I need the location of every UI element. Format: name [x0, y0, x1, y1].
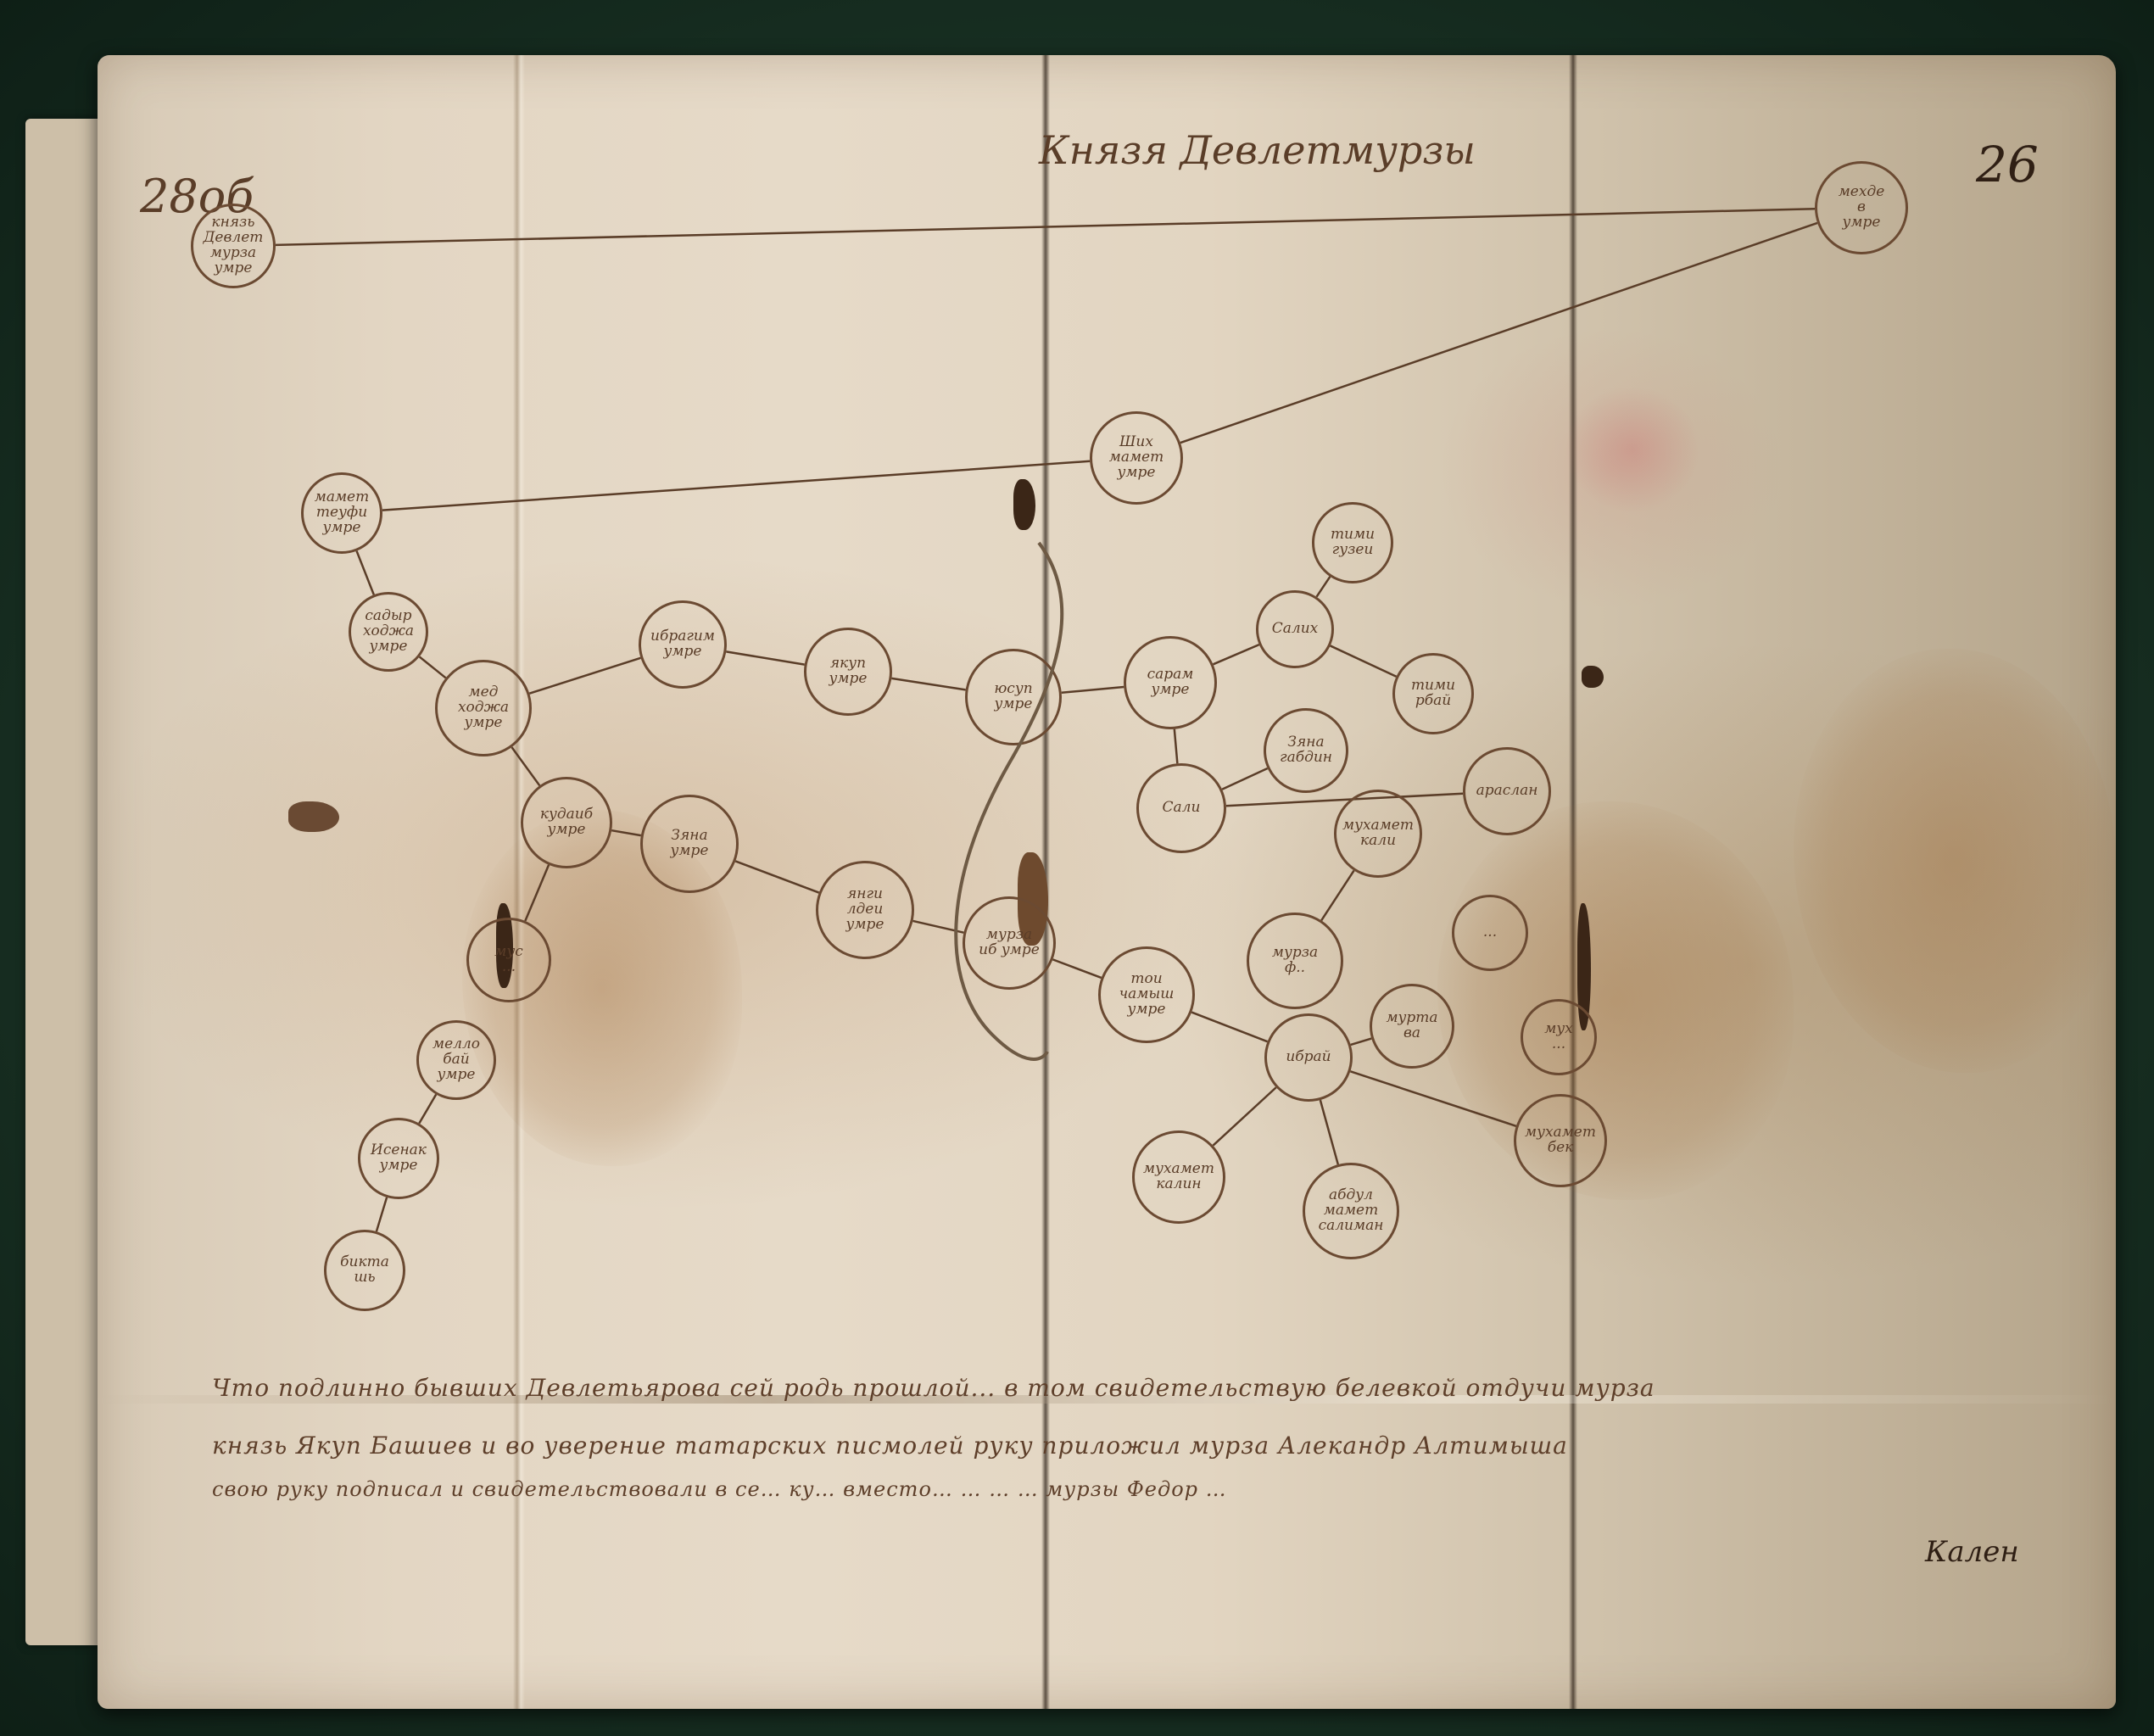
- certification-line-3: свою руку подписал и свидетельствовали в…: [212, 1477, 1227, 1501]
- signature: Кален: [1925, 1535, 2019, 1569]
- certification-line-1: Что подлинно бывших Девлетьярова сей род…: [212, 1374, 1655, 1402]
- certification-line-2: князь Якуп Башиев и во уверение татарски…: [212, 1432, 1568, 1460]
- thread: [0, 0, 2154, 1736]
